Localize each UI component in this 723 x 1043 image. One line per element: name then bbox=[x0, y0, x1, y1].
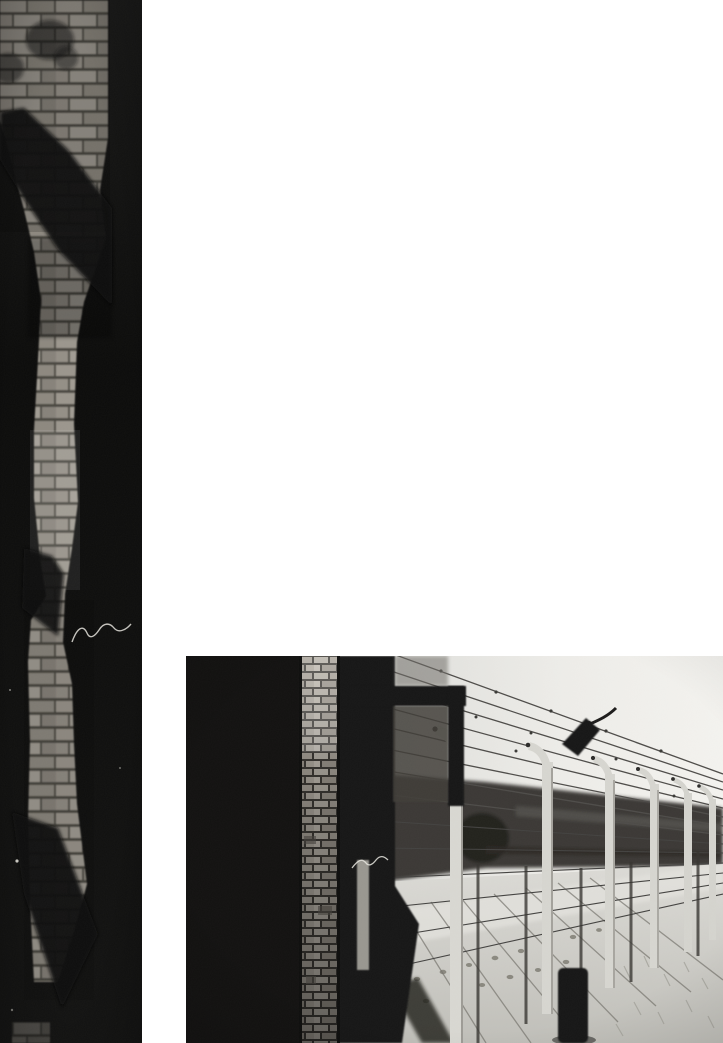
fence-art bbox=[186, 656, 723, 1043]
photo-barbed-wire-fence bbox=[186, 656, 723, 1043]
book-page bbox=[0, 0, 723, 1043]
photo-brick-wall-fragment bbox=[0, 0, 142, 1043]
brick-wall-art bbox=[0, 0, 142, 1043]
